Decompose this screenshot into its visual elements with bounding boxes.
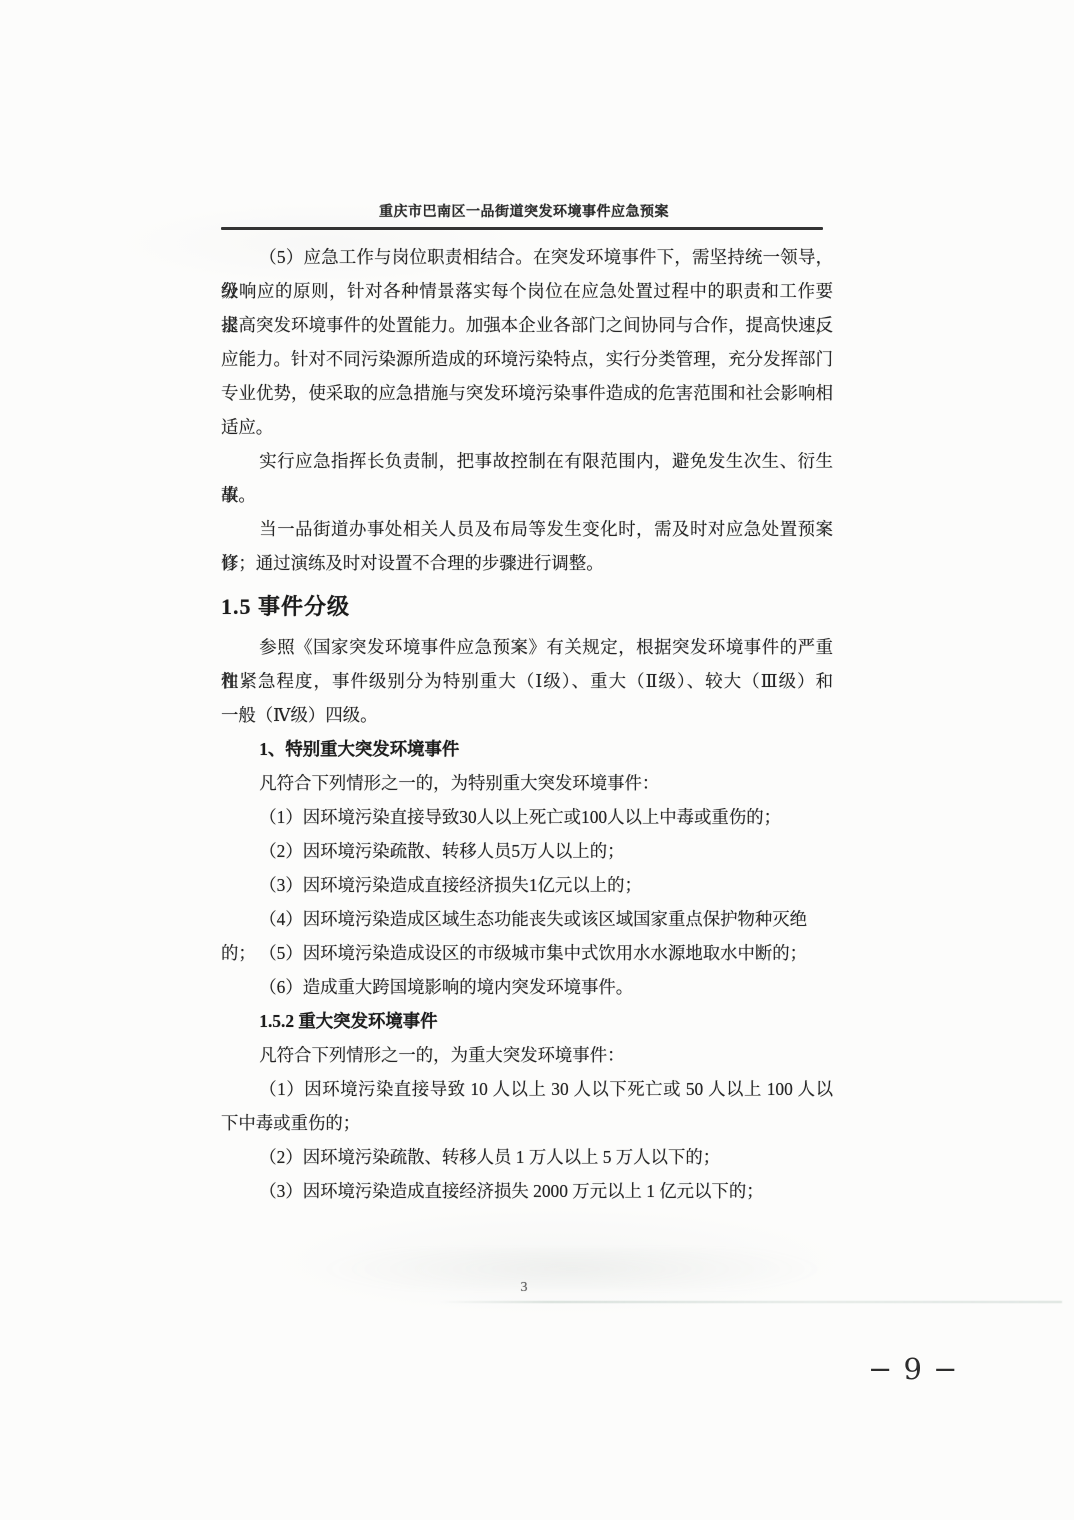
list-item: （3）因环境污染造成直接经济损失 2000 万元以上 1 亿元以下的；: [221, 1174, 833, 1208]
list-item-continuation: 下中毒或重伤的；: [221, 1106, 833, 1140]
document-body: （5）应急工作与岗位职责相结合。在突发环境事件下，需坚持统一领导，分 级响应的原…: [221, 240, 833, 1208]
paragraph-line: 适应。: [221, 410, 833, 444]
scanned-document-page: { "header": { "title": "重庆市巴南区一品街道突发环境事件…: [0, 0, 1074, 1520]
section-heading-1-5: 1.5 事件分级: [221, 590, 833, 624]
paragraph-line: 一般（Ⅳ级）四级。: [221, 698, 833, 732]
paragraph-line: 订；通过演练及时对设置不合理的步骤进行调整。: [221, 546, 833, 580]
paragraph-line: 专业优势，使采取的应急措施与突发环境污染事件造成的危害范围和社会影响相: [221, 376, 833, 410]
list-item: （2）因环境污染疏散、转移人员 1 万人以上 5 万人以下的；: [221, 1140, 833, 1174]
paragraph-line: 参照《国家突发环境事件应急预案》有关规定，根据突发环境事件的严重性: [221, 630, 833, 664]
paragraph-line: （5）应急工作与岗位职责相结合。在突发环境事件下，需坚持统一领导，分: [221, 240, 833, 274]
list-item: （2）因环境污染疏散、转移人员5万人以上的；: [221, 834, 833, 868]
list-item: （3）因环境污染造成直接经济损失1亿元以上的；: [221, 868, 833, 902]
list-item: （1）因环境污染直接导致 10 人以上 30 人以下死亡或 50 人以上 100…: [221, 1072, 833, 1106]
paragraph-line: 凡符合下列情形之一的，为重大突发环境事件：: [221, 1038, 833, 1072]
subheading-1-5-2-major-event: 1.5.2 重大突发环境事件: [221, 1004, 833, 1038]
pdf-page-number: − 9 −: [868, 1352, 988, 1386]
paragraph-line: 应能力。针对不同污染源所造成的环境污染特点，实行分类管理，充分发挥部门: [221, 342, 833, 376]
list-item: （4）因环境污染造成区域生态功能丧失或该区域国家重点保护物种灭绝的；: [221, 902, 833, 936]
paragraph-line: 当一品街道办事处相关人员及布局等发生变化时，需及时对应急处置预案修: [221, 512, 833, 546]
paragraph-line: 提高突发环境事件的处置能力。加强本企业各部门之间协同与合作，提高快速反: [221, 308, 833, 342]
list-item: （6）造成重大跨国境影响的境内突发环境事件。: [221, 970, 833, 1004]
list-item: （1）因环境污染直接导致30人以上死亡或100人以上中毒或重伤的；: [221, 800, 833, 834]
header-rule: [221, 227, 823, 230]
subheading-special-major-event: 1、特别重大突发环境事件: [221, 732, 833, 766]
paragraph-line: 实行应急指挥长负责制，把事故控制在有限范围内，避免发生次生、衍生事: [221, 444, 833, 478]
footer-page-number-faint: 3: [222, 1280, 826, 1296]
paragraph-line: 故。: [221, 478, 833, 512]
running-header-title: 重庆市巴南区一品街道突发环境事件应急预案: [222, 203, 826, 223]
scan-artifact-line: [438, 1301, 1062, 1303]
paragraph-line: 级响应的原则，针对各种情景落实每个岗位在应急处置过程中的职责和工作要求，: [221, 274, 833, 308]
paragraph-line: 凡符合下列情形之一的，为特别重大突发环境事件：: [221, 766, 833, 800]
paragraph-line: 和紧急程度，事件级别分为特别重大（Ⅰ级）、重大（Ⅱ级）、较大（Ⅲ级）和: [221, 664, 833, 698]
list-item: （5）因环境污染造成设区的市级城市集中式饮用水水源地取水中断的；: [221, 936, 833, 970]
